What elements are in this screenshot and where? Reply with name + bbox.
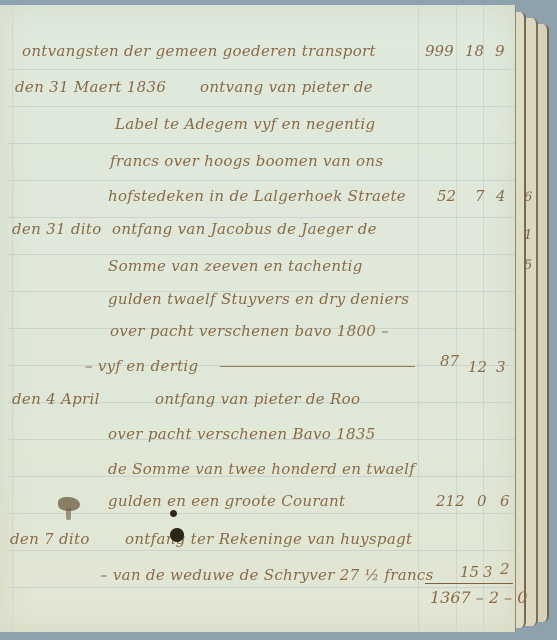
- ruled-line: [8, 550, 515, 551]
- amount-deniers: 2: [500, 560, 510, 578]
- amount-stuivers: 12: [468, 358, 487, 376]
- ledger-text: Label te Adegem vyf en negentig: [115, 115, 375, 133]
- ledger-text: ontvang van pieter de: [200, 78, 373, 96]
- amount-guilders: 87: [440, 352, 459, 370]
- ink-blot: [170, 510, 177, 517]
- ledger-text: ontfang van Jacobus de Jaeger de: [112, 220, 377, 238]
- column-rule-deniers: [483, 5, 484, 632]
- amount-stuivers: 0: [477, 492, 487, 510]
- amount-guilders: 15: [460, 563, 479, 581]
- ruled-line: [8, 513, 515, 514]
- ruled-line: [8, 143, 515, 144]
- ledger-text: ontfang ter Rekeninge van huyspagt: [125, 530, 412, 548]
- page-total: 1367 – 2 – 0: [430, 588, 527, 607]
- ruled-line: [8, 217, 515, 218]
- ledger-text: ontfang van pieter de Roo: [155, 390, 360, 408]
- amount-stuivers: 18: [465, 42, 484, 60]
- edge-tab-mark: 5: [524, 258, 532, 273]
- ledger-text: – van de weduwe de Schryver 27 ½ francs: [100, 566, 434, 584]
- amount-deniers: 3: [496, 358, 506, 376]
- amount-deniers: 4: [496, 187, 506, 205]
- column-rule-stuivers: [456, 5, 457, 632]
- ledger-text: francs over hoogs boomen van ons: [110, 152, 383, 170]
- amount-guilders: 999: [425, 42, 454, 60]
- entry-date: den 31 Maert 1836: [15, 78, 166, 96]
- total-underline: [425, 583, 513, 584]
- edge-tab-mark: 6: [524, 190, 532, 205]
- amount-guilders: 212: [436, 492, 465, 510]
- ledger-text: – vyf en dertig: [85, 357, 198, 375]
- ruled-line: [8, 106, 515, 107]
- amount-stuivers: 7: [475, 187, 485, 205]
- ledger-text: ontvangsten der gemeen goederen transpor…: [22, 42, 376, 60]
- ledger-text: over pacht verschenen Bavo 1835: [108, 425, 376, 443]
- amount-stuivers: 3: [483, 563, 493, 581]
- ledger-text: hofstedeken in de Lalgerhoek Straete: [108, 187, 406, 205]
- ledger-text: gulden twaelf Stuyvers en dry deniers: [108, 290, 409, 308]
- entry-date: den 7 dito: [10, 530, 90, 548]
- fill-line: [220, 366, 415, 367]
- edge-tab-mark: 1: [524, 228, 532, 243]
- amount-guilders: 52: [437, 187, 456, 205]
- ruled-line: [8, 254, 515, 255]
- ink-stain: [66, 508, 71, 520]
- amount-deniers: 6: [500, 492, 510, 510]
- column-rule-guilders: [418, 5, 419, 632]
- ledger-text: over pacht verschenen bavo 1800 –: [110, 322, 389, 340]
- ledger-text: de Somme van twee honderd en twaelf: [108, 460, 415, 478]
- entry-date: den 4 April: [12, 390, 100, 408]
- ruled-line: [8, 180, 515, 181]
- ruled-line: [8, 69, 515, 70]
- amount-deniers: 9: [495, 42, 505, 60]
- ledger-text: gulden en een groote Courant: [108, 492, 345, 510]
- ink-blot: [170, 528, 184, 542]
- entry-date: den 31 dito: [12, 220, 102, 238]
- ledger-text: Somme van zeeven en tachentig: [108, 257, 363, 275]
